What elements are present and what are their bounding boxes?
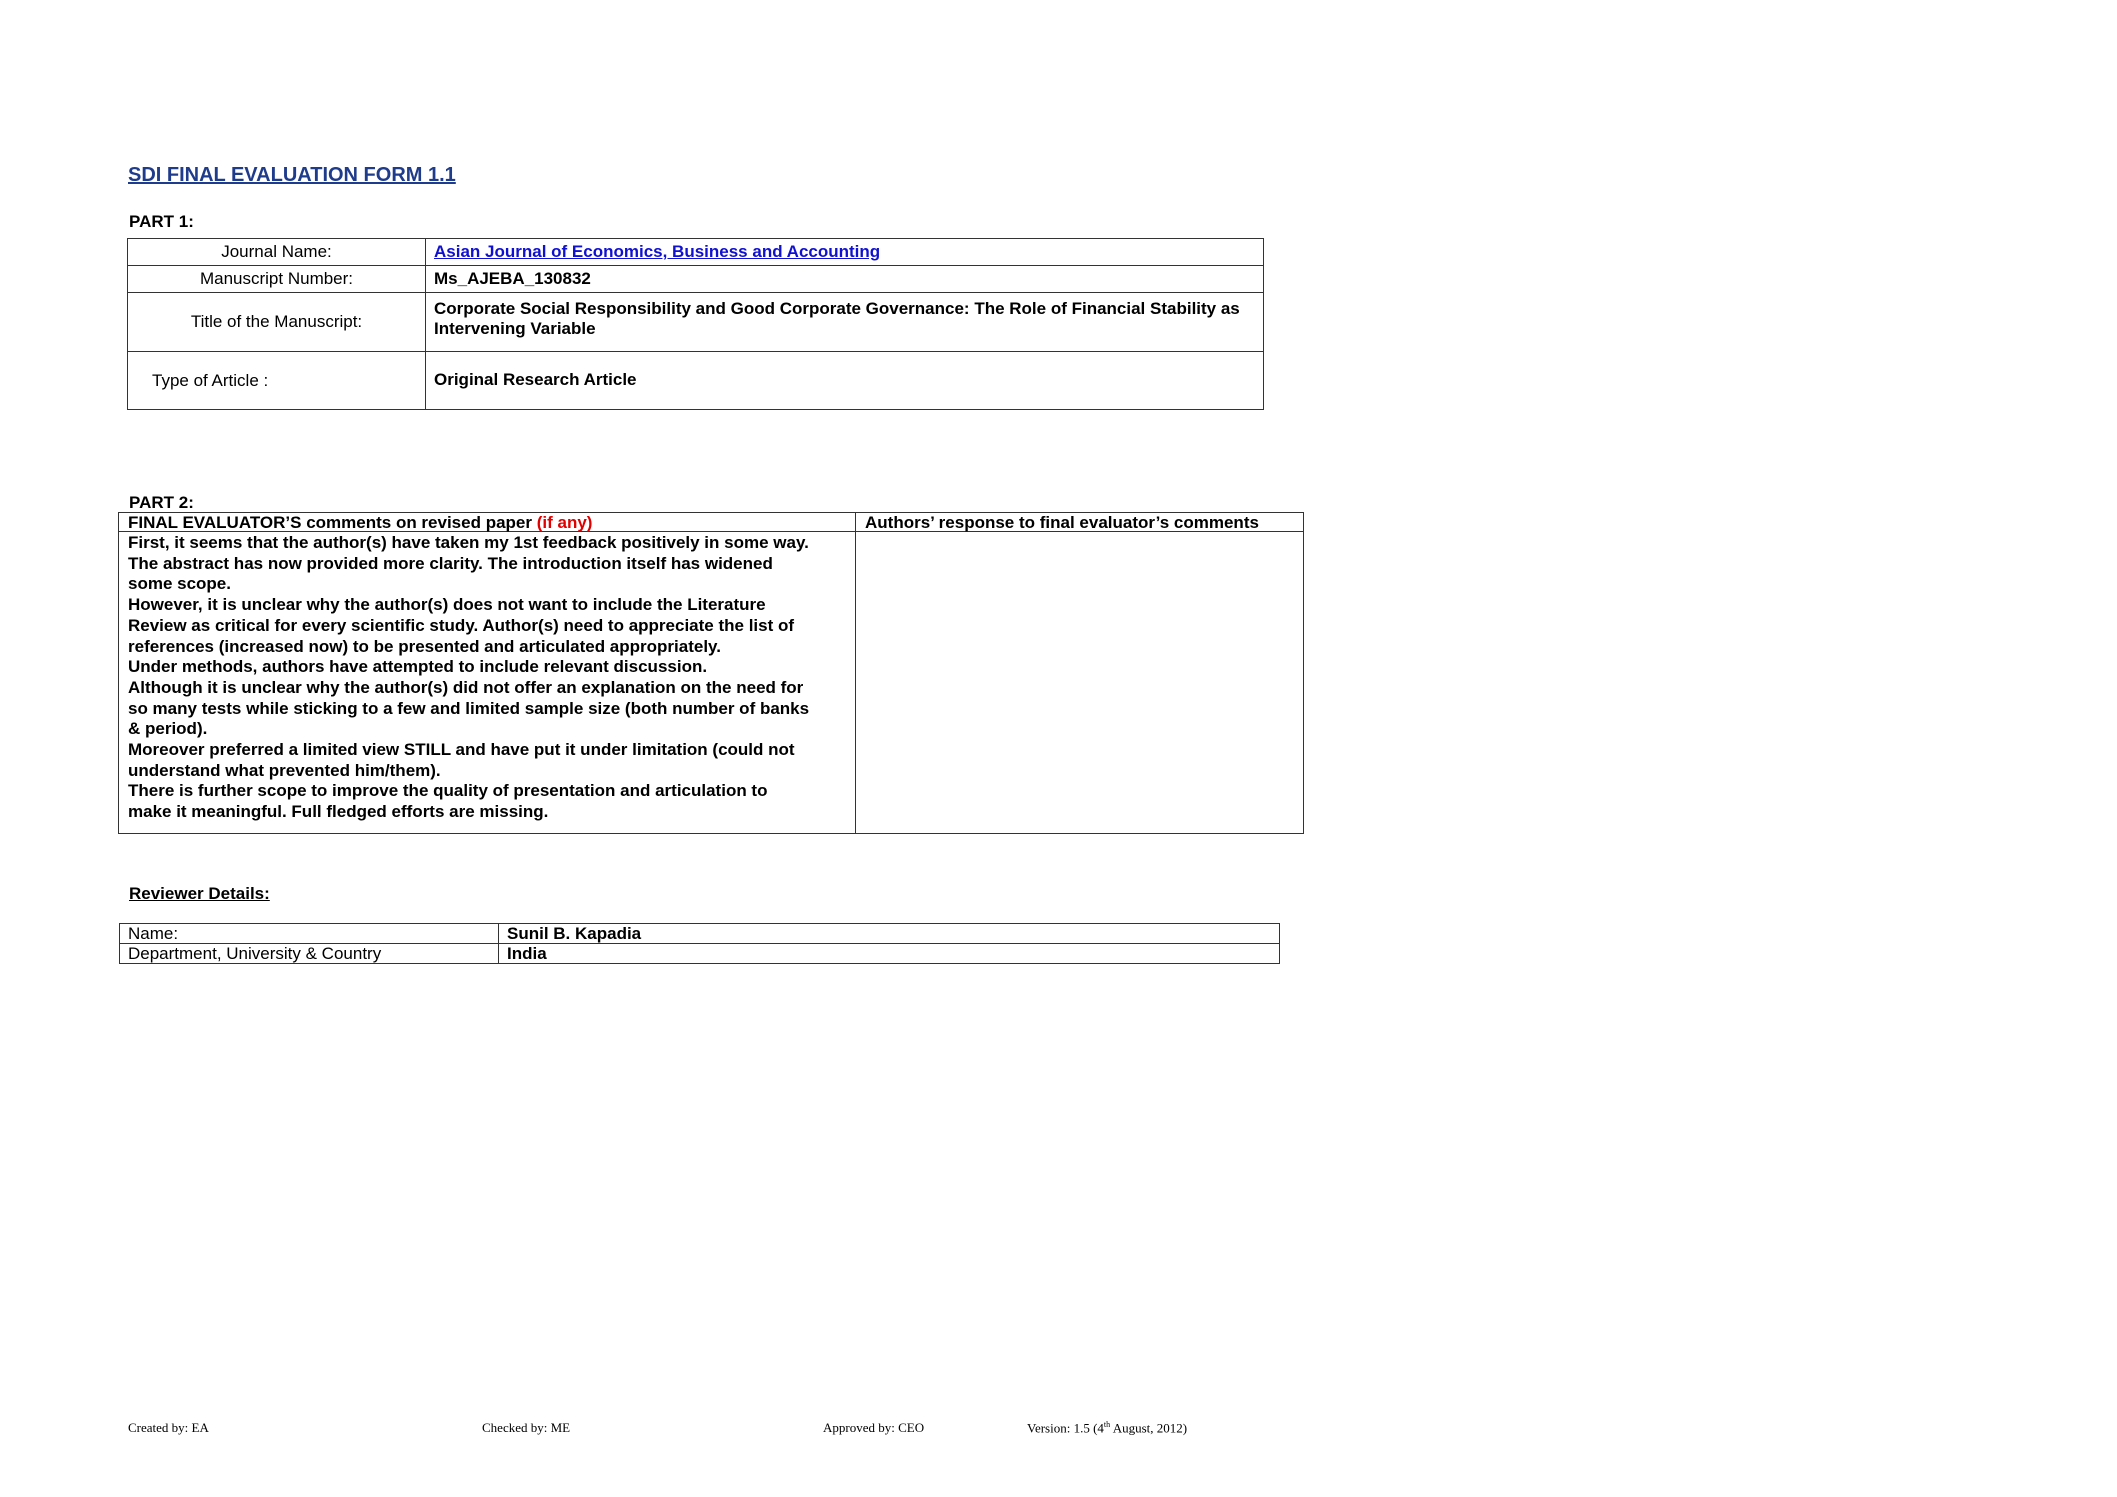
comment-line: some scope. [128,574,847,595]
manuscript-title-value: Corporate Social Responsibility and Good… [426,293,1264,352]
comment-line: The abstract has now provided more clari… [128,554,847,575]
article-type-row: Type of Article : Original Research Arti… [128,352,1264,410]
reviewer-details-title: Reviewer Details: [129,884,270,904]
part1-label: PART 1: [129,212,194,232]
reviewer-affiliation-label: Department, University & Country [120,944,499,964]
comment-line: so many tests while sticking to a few an… [128,699,847,720]
reviewer-name-value: Sunil B. Kapadia [499,924,1280,944]
reviewer-details-table: Name: Sunil B. Kapadia Department, Unive… [119,923,1280,964]
comment-line: However, it is unclear why the author(s)… [128,595,847,616]
evaluation-comments-table: FINAL EVALUATOR’S comments on revised pa… [118,512,1304,834]
journal-name-link[interactable]: Asian Journal of Economics, Business and… [434,242,880,261]
manuscript-info-table: Journal Name: Asian Journal of Economics… [127,238,1264,410]
manuscript-number-value: Ms_AJEBA_130832 [426,266,1264,293]
article-type-label: Type of Article : [128,352,426,410]
version-prefix: Version: 1.5 (4 [1027,1420,1104,1435]
evaluator-comments-header-text: FINAL EVALUATOR’S comments on revised pa… [128,513,532,532]
comment-line: Under methods, authors have attempted to… [128,657,847,678]
manuscript-number-label: Manuscript Number: [128,266,426,293]
comment-line: & period). [128,719,847,740]
footer-approved-by: Approved by: CEO [823,1420,924,1436]
evaluator-comments-header: FINAL EVALUATOR’S comments on revised pa… [119,513,856,532]
journal-row: Journal Name: Asian Journal of Economics… [128,239,1264,266]
comment-line: Review as critical for every scientific … [128,616,847,637]
manuscript-title-label: Title of the Manuscript: [128,293,426,352]
footer-version: Version: 1.5 (4th August, 2012) [1027,1420,1187,1436]
authors-response-cell[interactable] [856,532,1304,834]
manuscript-number-row: Manuscript Number: Ms_AJEBA_130832 [128,266,1264,293]
journal-name-label: Journal Name: [128,239,426,266]
if-any-note: (if any) [537,513,593,532]
article-type-value: Original Research Article [426,352,1264,410]
reviewer-name-row: Name: Sunil B. Kapadia [120,924,1280,944]
form-title: SDI FINAL EVALUATION FORM 1.1 [128,164,456,187]
reviewer-affiliation-row: Department, University & Country India [120,944,1280,964]
comment-line: make it meaningful. Full fledged efforts… [128,802,847,823]
comment-line: There is further scope to improve the qu… [128,781,847,802]
part2-label: PART 2: [129,493,194,513]
comment-line: Moreover preferred a limited view STILL … [128,740,847,761]
reviewer-affiliation-value: India [499,944,1280,964]
footer-checked-by: Checked by: ME [482,1420,570,1436]
evaluator-comments-cell: First, it seems that the author(s) have … [119,532,856,834]
comment-line: understand what prevented him/them). [128,761,847,782]
comment-line: First, it seems that the author(s) have … [128,533,847,554]
reviewer-name-label: Name: [120,924,499,944]
comment-line: Although it is unclear why the author(s)… [128,678,847,699]
manuscript-title-row: Title of the Manuscript: Corporate Socia… [128,293,1264,352]
version-suffix: August, 2012) [1110,1420,1187,1435]
comments-body-row: First, it seems that the author(s) have … [119,532,1304,834]
comment-line: references (increased now) to be present… [128,637,847,658]
authors-response-header: Authors’ response to final evaluator’s c… [856,513,1304,532]
comments-header-row: FINAL EVALUATOR’S comments on revised pa… [119,513,1304,532]
footer-created-by: Created by: EA [128,1420,209,1436]
